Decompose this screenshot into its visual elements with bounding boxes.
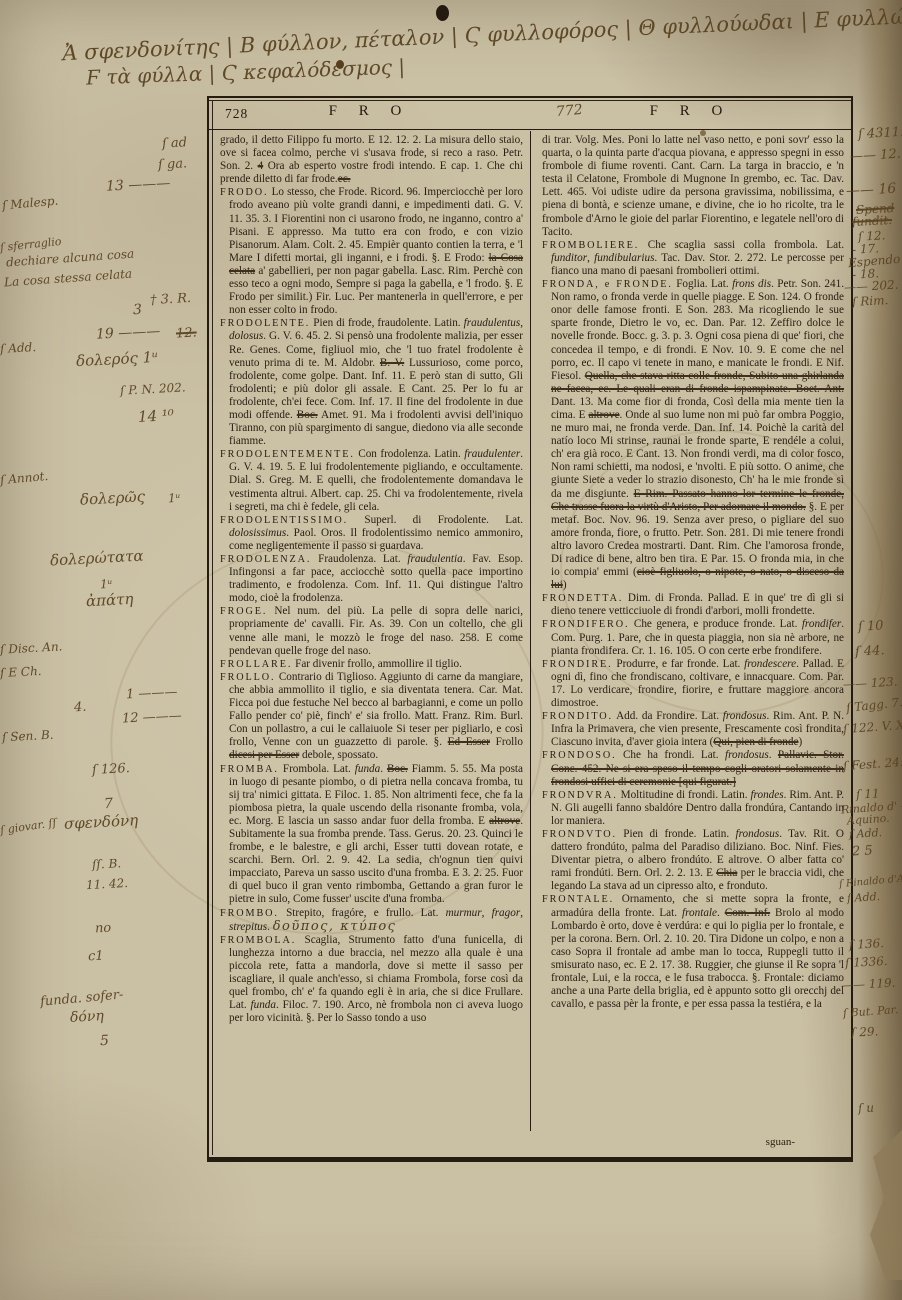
handwritten-margin-note: 12 ——— bbox=[122, 708, 182, 726]
dictionary-entry: FRODOLENTISSIMO. Superl. di Frodolente. … bbox=[220, 514, 523, 553]
handwritten-margin-note: 7 bbox=[104, 796, 114, 812]
dictionary-entry: FRONDVRA. Moltitudine di frondi. Latin. … bbox=[542, 789, 844, 828]
entry-headword: FROGE. bbox=[220, 606, 267, 617]
handwritten-margin-note: fundit. bbox=[852, 213, 893, 229]
handwritten-margin-note: ſ E Ch. bbox=[0, 664, 42, 680]
handwritten-margin-note: Ἀ σφενδονίτης | Β φύλλον, πέταλον | Ϛ φυ… bbox=[62, 3, 902, 65]
printed-page-frame: 728 F R O F R O grado, il detto Filippo … bbox=[207, 96, 853, 1162]
handwritten-margin-note: La cosa stessa celata bbox=[4, 267, 133, 290]
handwritten-margin-note: —— 16 bbox=[846, 181, 897, 200]
handwritten-margin-note: 4. bbox=[74, 700, 87, 716]
entry-headword: FRONDITO. bbox=[542, 711, 613, 722]
entry-headword: FRONDIRE. bbox=[542, 659, 613, 670]
handwritten-margin-note: δόνη bbox=[70, 1008, 105, 1026]
handwritten-margin-note: 14 ¹⁰ bbox=[138, 406, 175, 426]
handwritten-margin-note: 3 bbox=[133, 302, 143, 318]
dictionary-entry: FRONDVTO. Pien di fronde. Latin. frondos… bbox=[542, 828, 844, 893]
handwritten-margin-note: —— 123. bbox=[843, 675, 898, 692]
ink-blot bbox=[436, 5, 449, 21]
handwritten-margin-note: ſ u bbox=[858, 1101, 875, 1116]
entry-headword: FROLLO. bbox=[220, 672, 275, 683]
handwritten-margin-note: ſ 126. bbox=[92, 761, 131, 778]
dictionary-entry: FRONDITO. Add. da Frondire. Lat. frondos… bbox=[542, 710, 844, 749]
handwritten-margin-note: ſ Rim. bbox=[852, 293, 889, 309]
dictionary-entry: FRODOLENTEMENTE. Con frodolenza. Latin. … bbox=[220, 448, 523, 513]
handwritten-margin-note: ſ Disc. An. bbox=[0, 639, 63, 656]
handwritten-margin-note: ſ 29. bbox=[851, 1024, 879, 1039]
handwritten-margin-note: funda. sofer- bbox=[40, 987, 125, 1009]
entry-headword: FRONDETTA. bbox=[542, 593, 623, 604]
handwritten-margin-note: ſ Add. bbox=[847, 890, 881, 905]
entry-headword: FROMBOLIERE. bbox=[542, 240, 639, 251]
dictionary-entry: FROMBOLA. Scaglia, Strumento fatto d'una… bbox=[220, 934, 523, 1026]
dictionary-entry: FRODO. Lo stesso, che Frode. Ricord. 96.… bbox=[220, 186, 523, 317]
handwritten-margin-note: ſ giovar. ſſ bbox=[0, 816, 57, 837]
entry-headword: FRONDIFERO. bbox=[542, 619, 629, 630]
handwritten-margin-note: 19 ——— bbox=[96, 323, 161, 342]
handwritten-margin-note: 12. bbox=[176, 325, 197, 341]
handwritten-margin-note: 2 5 bbox=[852, 843, 873, 859]
dictionary-entry: FROLLARE. Far divenir frollo, ammollire … bbox=[220, 658, 523, 671]
handwritten-margin-note: ſ ad bbox=[162, 135, 188, 151]
handwritten-margin-note: † 3. R. bbox=[150, 291, 192, 308]
dictionary-entry: FRONDETTA. Dim. di Fronda. Pallad. E in … bbox=[542, 592, 844, 618]
handwritten-margin-note: ſ Malesp. bbox=[1, 194, 58, 213]
entry-headword: FRONDVTO. bbox=[542, 829, 617, 840]
continued-paragraph: di trar. Volg. Mes. Poni lo latte nel va… bbox=[542, 134, 844, 239]
handwritten-margin-note: δολερώτατα bbox=[50, 547, 144, 570]
dictionary-entry: FROMBOLIERE. Che scaglia sassi colla fro… bbox=[542, 239, 844, 278]
entry-headword: FROLLARE. bbox=[220, 659, 292, 670]
entry-headword: FRONDVRA. bbox=[542, 790, 618, 801]
dictionary-entry: FRONDIRE. Produrre, e far fronde. Lat. f… bbox=[542, 658, 844, 710]
handwritten-margin-note: σφενδόνη bbox=[64, 811, 139, 833]
handwritten-margin-note: ἀπάτη bbox=[86, 590, 134, 610]
left-column: grado, il detto Filippo fu morto. E 12. … bbox=[209, 131, 530, 1131]
handwritten-margin-note: δολερῶς bbox=[80, 487, 146, 508]
handwritten-margin-note: ſ Add. bbox=[849, 826, 883, 841]
entry-headword: FRODOLENTISSIMO. bbox=[220, 515, 348, 526]
handwritten-margin-note: ſ Sen. B. bbox=[2, 728, 54, 745]
entry-headword: FROMBOLA. bbox=[220, 935, 296, 946]
dictionary-entry: FROGE. Nel num. del più. La pelle di sop… bbox=[220, 605, 523, 657]
handwritten-margin-note: —— 12. bbox=[850, 147, 902, 165]
dictionary-entry: FRONDOSO. Che ha frondi. Lat. frondosus.… bbox=[542, 749, 844, 788]
dictionary-entry: FROMBO. Strepito, fragóre, e frullo. Lat… bbox=[220, 907, 523, 934]
entry-headword: FRODOLENZA. bbox=[220, 554, 311, 565]
entry-headword: FRODOLENTEMENTE. bbox=[220, 449, 355, 460]
handwritten-margin-note: ſ 136. bbox=[849, 936, 885, 952]
handwritten-margin-note: 772 bbox=[555, 102, 583, 120]
handwritten-margin-note: ſ 44. bbox=[855, 643, 885, 660]
handwritten-margin-note: c1 bbox=[88, 949, 104, 965]
page-header: 728 F R O F R O bbox=[209, 98, 851, 130]
right-column: di trar. Volg. Mes. Poni lo latte nel va… bbox=[530, 131, 851, 1131]
handwritten-margin-note: ſſ. B. bbox=[92, 856, 122, 872]
scanned-book-page: 728 F R O F R O grado, il detto Filippo … bbox=[0, 0, 902, 1300]
entry-headword: FRONDOSO. bbox=[542, 750, 617, 761]
entry-headword: FRODO. bbox=[220, 187, 268, 198]
dictionary-entry: FRONDIFERO. Che genera, e produce fronde… bbox=[542, 618, 844, 657]
handwritten-margin-note: ſ 10 bbox=[858, 618, 884, 634]
entry-headword: FRODOLENTE. bbox=[220, 318, 310, 329]
handwritten-margin-note: ſ ga. bbox=[158, 156, 188, 173]
handwritten-margin-note: δολερός 1ᵘ bbox=[76, 348, 159, 370]
dictionary-entry: FROMBA. Frombola. Lat. funda. Boc. Fiamm… bbox=[220, 763, 523, 907]
handwritten-margin-note: 1ᵘ bbox=[168, 491, 181, 506]
running-head-left: F R O bbox=[209, 103, 530, 120]
handwritten-margin-note: 13 ——— bbox=[106, 175, 171, 194]
handwritten-margin-note: 1 ——— bbox=[126, 685, 178, 703]
dictionary-entry: FROLLO. Contrario di Tiglioso. Aggiunto … bbox=[220, 671, 523, 763]
entry-headword: FROMBO. bbox=[220, 908, 279, 919]
handwritten-margin-note: —— 202. bbox=[844, 278, 899, 295]
continued-paragraph: grado, il detto Filippo fu morto. E 12. … bbox=[220, 134, 523, 186]
handwritten-margin-note: ſ P. N. 202. bbox=[120, 380, 186, 397]
handwritten-margin-note: no bbox=[95, 921, 112, 937]
entry-headword: FRONTALE. bbox=[542, 894, 614, 905]
handwritten-margin-note: ſ 1336. bbox=[845, 954, 888, 970]
dictionary-entry: FRODOLENTE. Pien di frode, fraudolente. … bbox=[220, 317, 523, 448]
handwritten-margin-note: ſ 4311. bbox=[858, 125, 902, 142]
text-columns: grado, il detto Filippo fu morto. E 12. … bbox=[209, 131, 851, 1131]
handwritten-margin-note: ſ Annot. bbox=[0, 469, 49, 487]
handwritten-margin-note: ſ 11 bbox=[856, 786, 880, 801]
handwritten-margin-note: 11. 42. bbox=[86, 876, 129, 892]
dictionary-entry: FRONTALE. Ornamento, che si mette sopra … bbox=[542, 893, 844, 1011]
handwritten-margin-note: 5 bbox=[100, 1033, 110, 1049]
handwritten-margin-note: —— 119. bbox=[841, 976, 896, 993]
entry-headword: FRONDA, e FRONDE. bbox=[542, 279, 673, 290]
dictionary-entry: FRONDA, e FRONDE. Foglia. Lat. frons dis… bbox=[542, 278, 844, 592]
handwritten-margin-note: ſ Add. bbox=[0, 340, 36, 356]
handwritten-margin-note: 1ᵘ bbox=[100, 577, 113, 592]
dictionary-entry: FRODOLENZA. Fraudolenza. Lat. fraudulent… bbox=[220, 553, 523, 605]
catchword: sguan- bbox=[766, 1136, 795, 1148]
entry-headword: FROMBA. bbox=[220, 764, 279, 775]
